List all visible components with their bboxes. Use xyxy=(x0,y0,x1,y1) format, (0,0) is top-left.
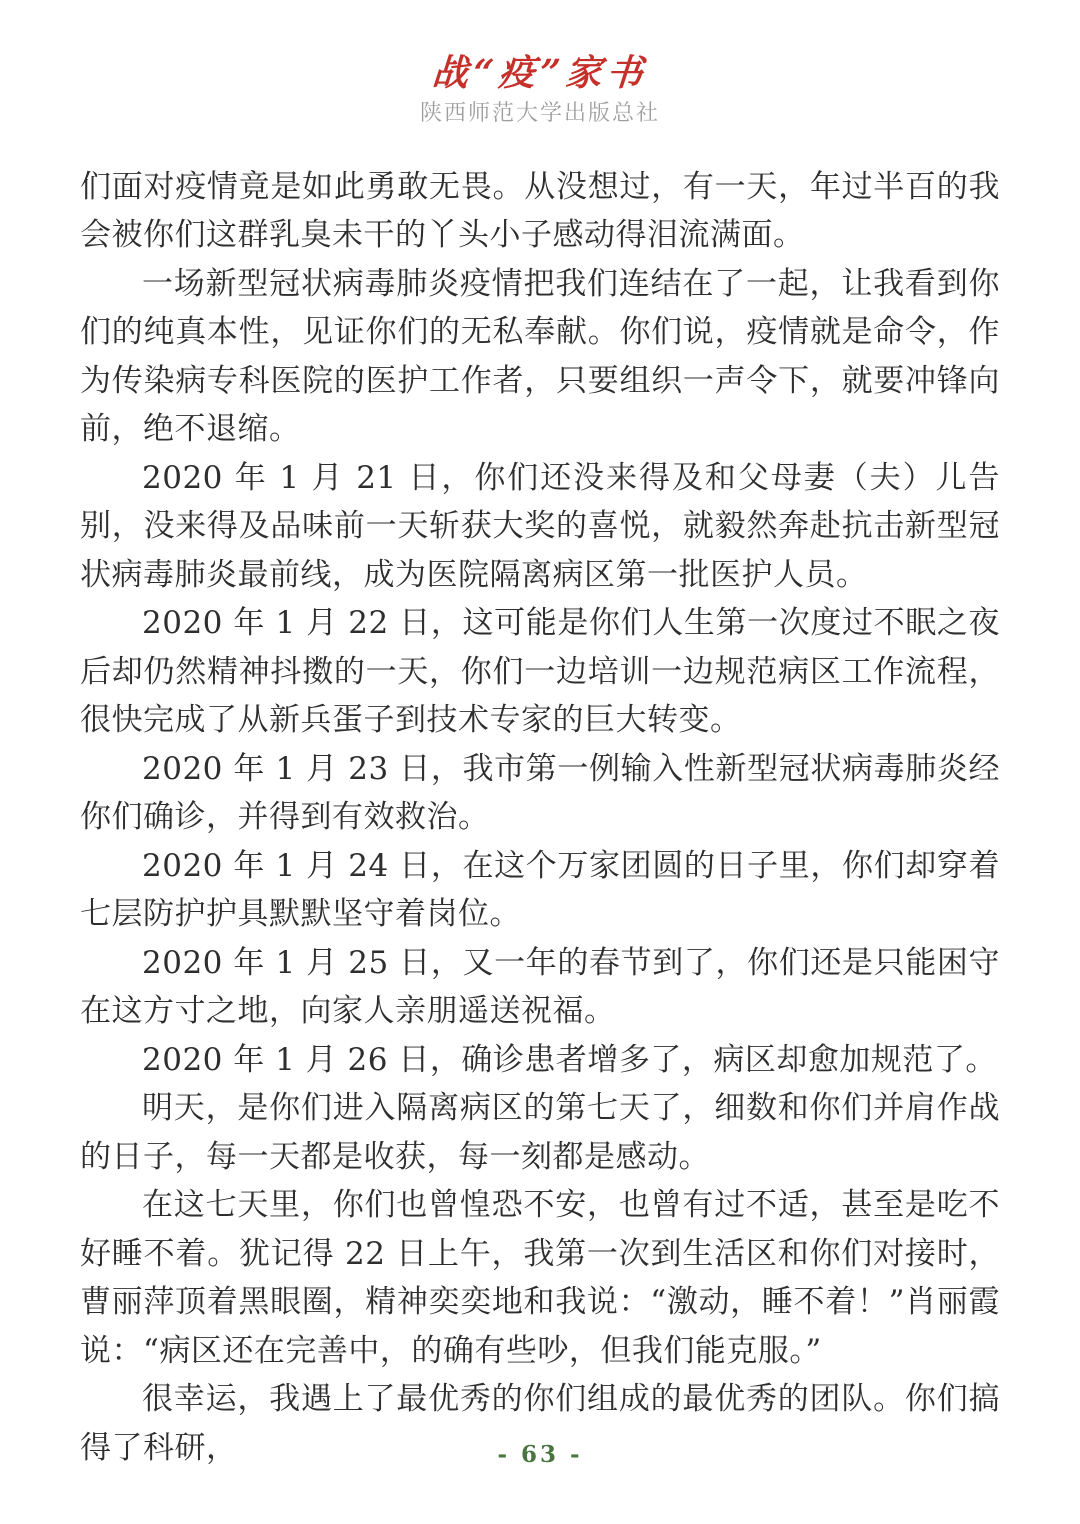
paragraph: 在这七天里，你们也曾惶恐不安，也曾有过不适，甚至是吃不好睡不着。犹记得 22 日… xyxy=(80,1181,1000,1375)
paragraph: 2020 年 1 月 23 日，我市第一例输入性新型冠状病毒肺炎经你们确诊，并得… xyxy=(80,745,1000,842)
paragraph: 们面对疫情竟是如此勇敢无畏。从没想过，有一天，年过半百的我会被你们这群乳臭未干的… xyxy=(80,163,1000,260)
paragraph: 2020 年 1 月 21 日，你们还没来得及和父母妻（夫）儿告别，没来得及品味… xyxy=(80,454,1000,600)
page-footer: - 63 - xyxy=(0,1441,1080,1468)
body-paragraphs: 们面对疫情竟是如此勇敢无畏。从没想过，有一天，年过半百的我会被你们这群乳臭未干的… xyxy=(80,163,1000,1473)
paragraph: 2020 年 1 月 24 日，在这个万家团圆的日子里，你们却穿着七层防护护具默… xyxy=(80,842,1000,939)
publisher-name: 陕西师范大学出版总社 xyxy=(0,96,1080,127)
book-page: 战“疫”家书 陕西师范大学出版总社 们面对疫情竟是如此勇敢无畏。从没想过，有一天… xyxy=(0,0,1080,1524)
page-header: 战“疫”家书 陕西师范大学出版总社 xyxy=(0,0,1080,127)
paragraph: 明天，是你们进入隔离病区的第七天了，细数和你们并肩作战的日子，每一天都是收获，每… xyxy=(80,1084,1000,1181)
book-title: 战“疫”家书 xyxy=(431,54,649,94)
paragraph: 2020 年 1 月 22 日，这可能是你们人生第一次度过不眠之夜后却仍然精神抖… xyxy=(80,599,1000,745)
paragraph: 2020 年 1 月 25 日，又一年的春节到了，你们还是只能困守在这方寸之地，… xyxy=(80,939,1000,1036)
page-number: - 63 - xyxy=(497,1441,582,1468)
paragraph: 2020 年 1 月 26 日，确诊患者增多了，病区却愈加规范了。 xyxy=(80,1036,1000,1085)
paragraph: 一场新型冠状病毒肺炎疫情把我们连结在了一起，让我看到你们的纯真本性，见证你们的无… xyxy=(80,260,1000,454)
